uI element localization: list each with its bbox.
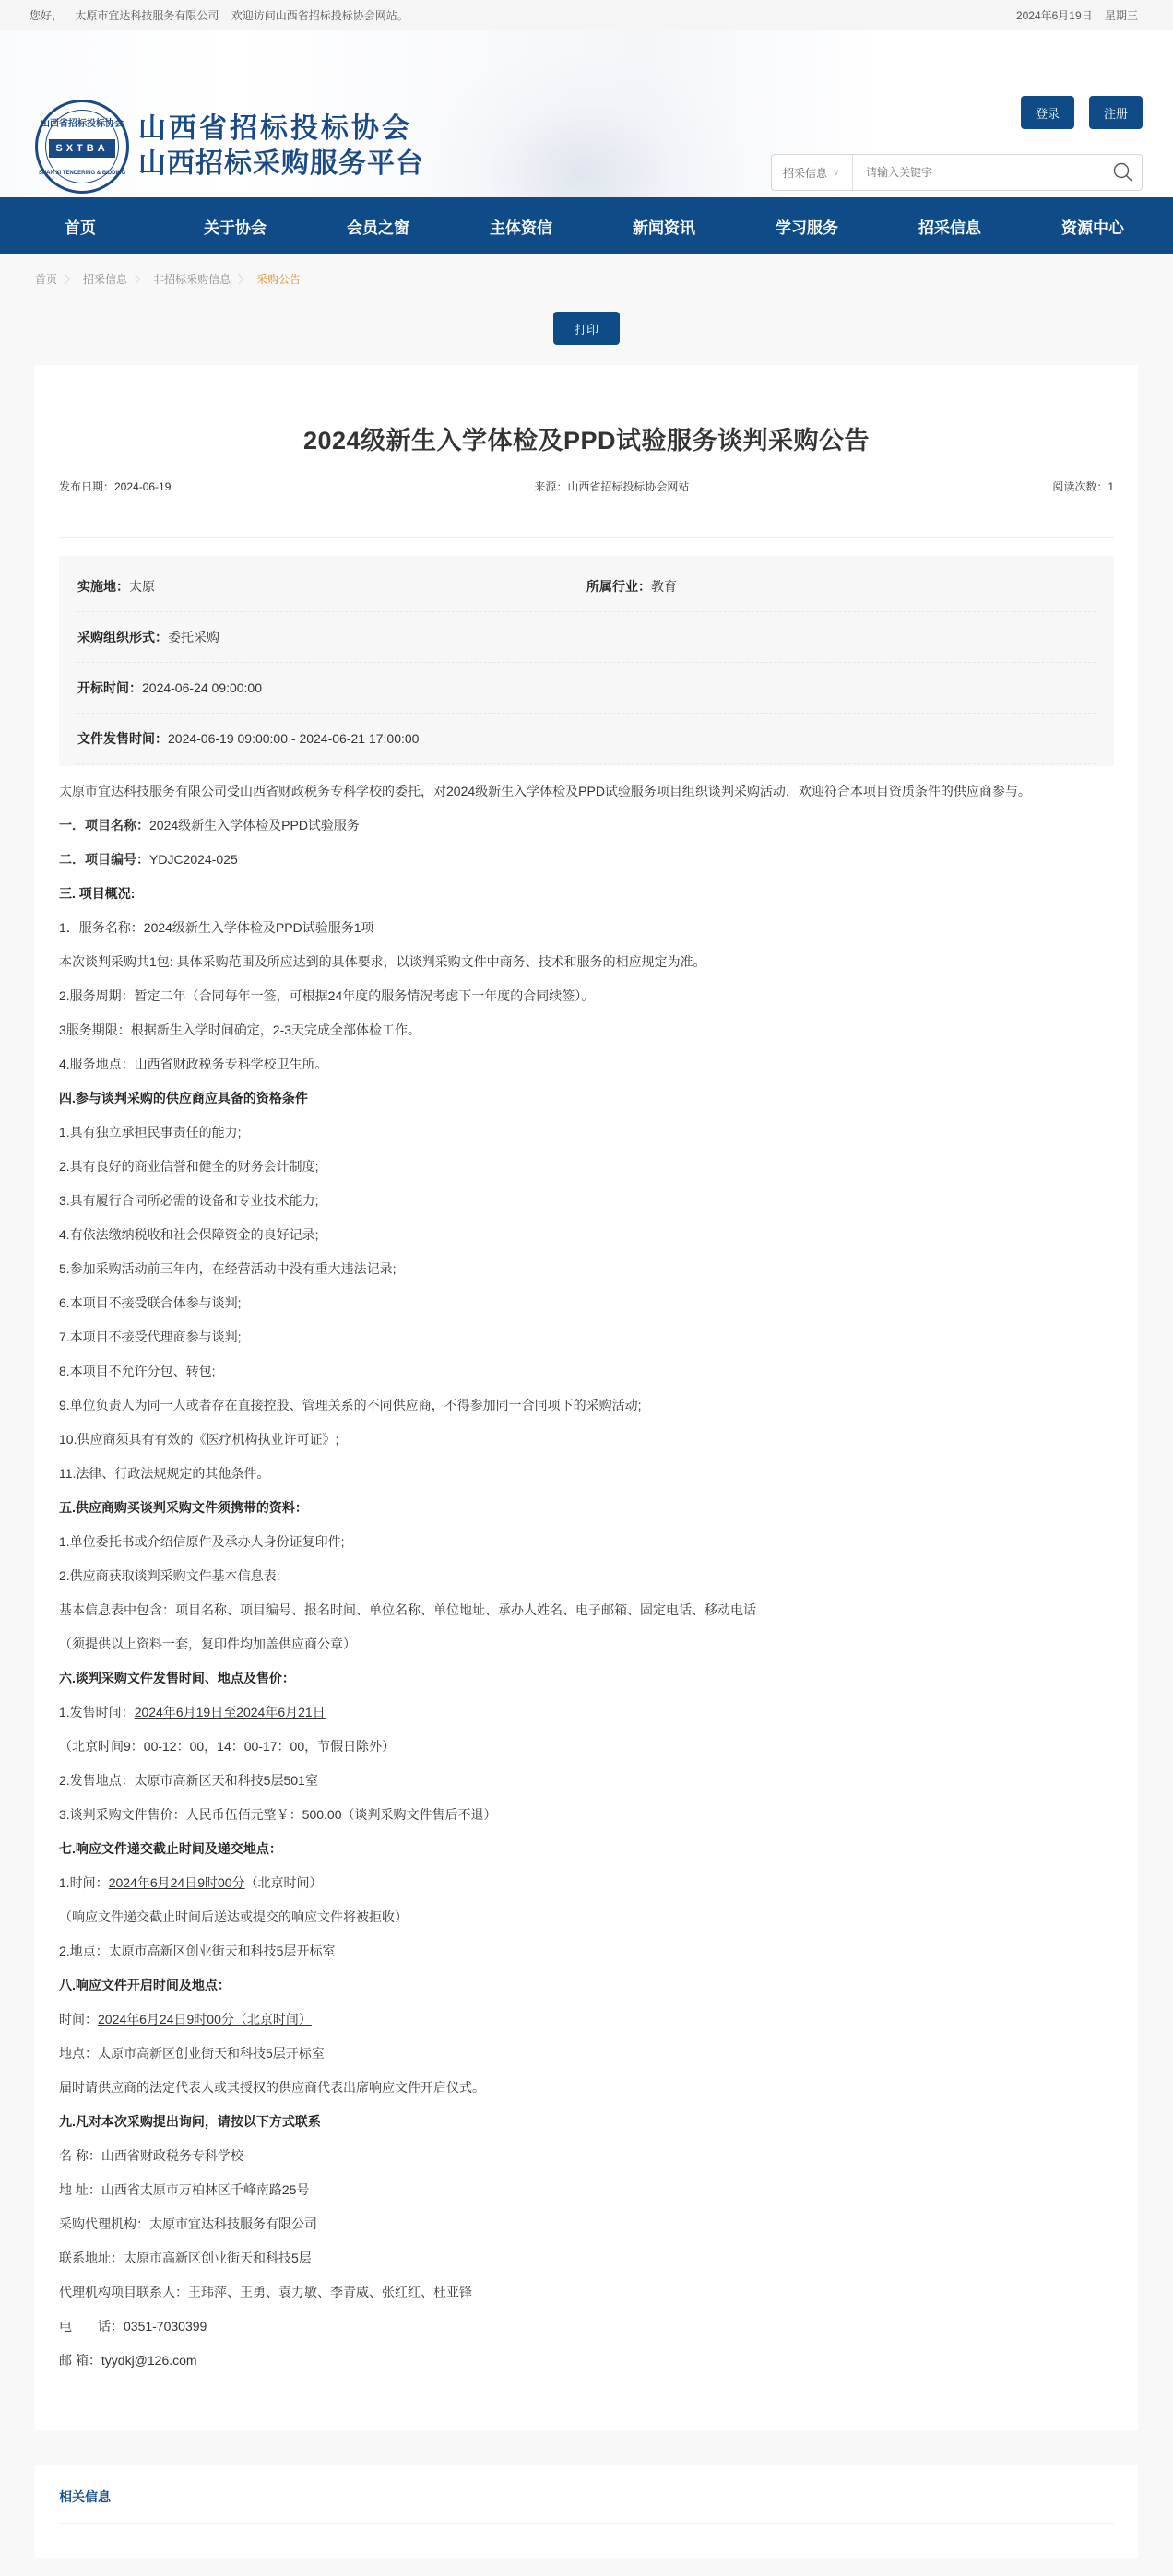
- print-button[interactable]: 打印: [553, 312, 620, 345]
- login-button[interactable]: 登录: [1021, 96, 1074, 129]
- greeting: 您好，: [30, 9, 63, 22]
- welcome-text: 欢迎访问山西省招标投标协会网站。: [231, 9, 409, 22]
- nav-item-about[interactable]: 关于协会: [172, 215, 315, 238]
- nav-item-learning[interactable]: 学习服务: [744, 215, 887, 238]
- project-number: YDJC2024-025: [149, 852, 238, 867]
- article-source: 来源：山西省招标投标协会网站: [534, 479, 689, 494]
- related-info-title: 相关信息: [59, 2487, 1114, 2524]
- user-company: 太原市宜达科技服务有限公司: [75, 9, 219, 22]
- chevron-right-icon: 〉: [65, 271, 76, 287]
- chevron-right-icon: 〉: [135, 271, 146, 287]
- section-heading: 四.参与谈判采购的供应商应具备的资格条件: [59, 1088, 1114, 1108]
- breadcrumb-non-tender[interactable]: 非招标采购信息: [153, 271, 231, 287]
- article-title: 2024级新生入学体检及PPD试验服务谈判采购公告: [59, 420, 1114, 456]
- project-name: 2024级新生入学体检及PPD试验服务: [149, 818, 360, 833]
- section-heading: 六.谈判采购文件发售时间、地点及售价：: [59, 1668, 1114, 1688]
- article-body: 太原市宜达科技服务有限公司受山西省财政税务专科学校的委托，对2024级新生入学体…: [59, 781, 1114, 2370]
- related-info-panel: 相关信息: [35, 2465, 1138, 2558]
- site-header: 山西省招标投标协会 SXTBA SHAN XI TENDERING & BIDD…: [0, 30, 1173, 197]
- breadcrumb-home[interactable]: 首页: [35, 271, 57, 287]
- site-logo[interactable]: 山西省招标投标协会 SXTBA SHAN XI TENDERING & BIDD…: [35, 100, 424, 194]
- mountain-background: [415, 48, 747, 197]
- breadcrumb: 首页 〉 招采信息 〉 非招标采购信息 〉 采购公告: [0, 254, 1173, 302]
- location-value: 太原: [129, 579, 155, 594]
- article-meta: 发布日期：2024-06-19 来源：山西省招标投标协会网站 阅读次数：1: [59, 479, 1114, 538]
- current-weekday: 星期三: [1105, 9, 1138, 22]
- section-heading: 五.供应商购买谈判采购文件须携带的资料：: [59, 1497, 1114, 1518]
- search-input[interactable]: [853, 155, 1105, 190]
- sale-time-underlined: 2024年6月19日至2024年6月21日: [135, 1705, 326, 1719]
- industry-value: 教育: [651, 579, 677, 594]
- nav-item-procurement[interactable]: 招采信息: [887, 215, 1030, 238]
- view-count: 阅读次数：1: [1052, 479, 1114, 494]
- site-title-line1: 山西省招标投标协会: [138, 112, 424, 147]
- search-icon: [1112, 161, 1134, 183]
- register-button[interactable]: 注册: [1089, 96, 1143, 129]
- article: 2024级新生入学体检及PPD试验服务谈判采购公告 发布日期：2024-06-1…: [35, 365, 1138, 2430]
- nav-item-home[interactable]: 首页: [35, 215, 172, 238]
- nav-item-credit[interactable]: 主体资信: [458, 215, 601, 238]
- search-bar: 招采信息 ∨: [771, 154, 1143, 191]
- section-heading: 八.响应文件开启时间及地点：: [59, 1975, 1114, 1995]
- contact-email: 邮 箱：tyydkj@126.com: [59, 2350, 1114, 2370]
- top-bar: 您好， 太原市宜达科技服务有限公司 欢迎访问山西省招标投标协会网站。 2024年…: [0, 0, 1173, 30]
- site-title-line2: 山西招标采购服务平台: [138, 147, 424, 182]
- sale-time-value: 2024-06-19 09:00:00 - 2024-06-21 17:00:0…: [168, 731, 419, 746]
- breadcrumb-current: 采购公告: [256, 271, 301, 287]
- chevron-down-icon: ∨: [833, 168, 839, 178]
- current-date: 2024年6月19日: [1016, 9, 1093, 22]
- chevron-right-icon: 〉: [238, 271, 249, 287]
- section-heading: 九.凡对本次采购提出询问，请按以下方式联系: [59, 2111, 1114, 2132]
- search-category-select[interactable]: 招采信息 ∨: [772, 155, 853, 190]
- main-nav: 首页 关于协会 会员之窗 主体资信 新闻资讯 学习服务 招采信息 资源中心: [0, 197, 1173, 254]
- search-button[interactable]: [1105, 155, 1142, 190]
- section-heading: 七.响应文件递交截止时间及递交地点：: [59, 1838, 1114, 1859]
- nav-item-resources[interactable]: 资源中心: [1030, 215, 1173, 238]
- nav-item-members[interactable]: 会员之窗: [315, 215, 458, 238]
- deadline-underlined: 2024年6月24日9时00分: [109, 1875, 245, 1890]
- org-form-value: 委托采购: [168, 630, 219, 644]
- nav-item-news[interactable]: 新闻资讯: [601, 215, 744, 238]
- breadcrumb-procurement[interactable]: 招采信息: [83, 271, 127, 287]
- open-time-value: 2024-06-24 09:00:00: [142, 680, 262, 695]
- section-heading: 三. 项目概况:: [59, 883, 1114, 904]
- logo-badge-icon: 山西省招标投标协会 SXTBA SHAN XI TENDERING & BIDD…: [35, 100, 129, 194]
- publish-date: 发布日期：2024-06-19: [59, 479, 171, 494]
- project-info-box: 实施地：太原 所属行业：教育 采购组织形式：委托采购 开标时间：2024-06-…: [59, 556, 1114, 766]
- opening-time-underlined: 2024年6月24日9时00分（北京时间）: [98, 2012, 312, 2027]
- intro-paragraph: 太原市宜达科技服务有限公司受山西省财政税务专科学校的委托，对2024级新生入学体…: [59, 781, 1114, 801]
